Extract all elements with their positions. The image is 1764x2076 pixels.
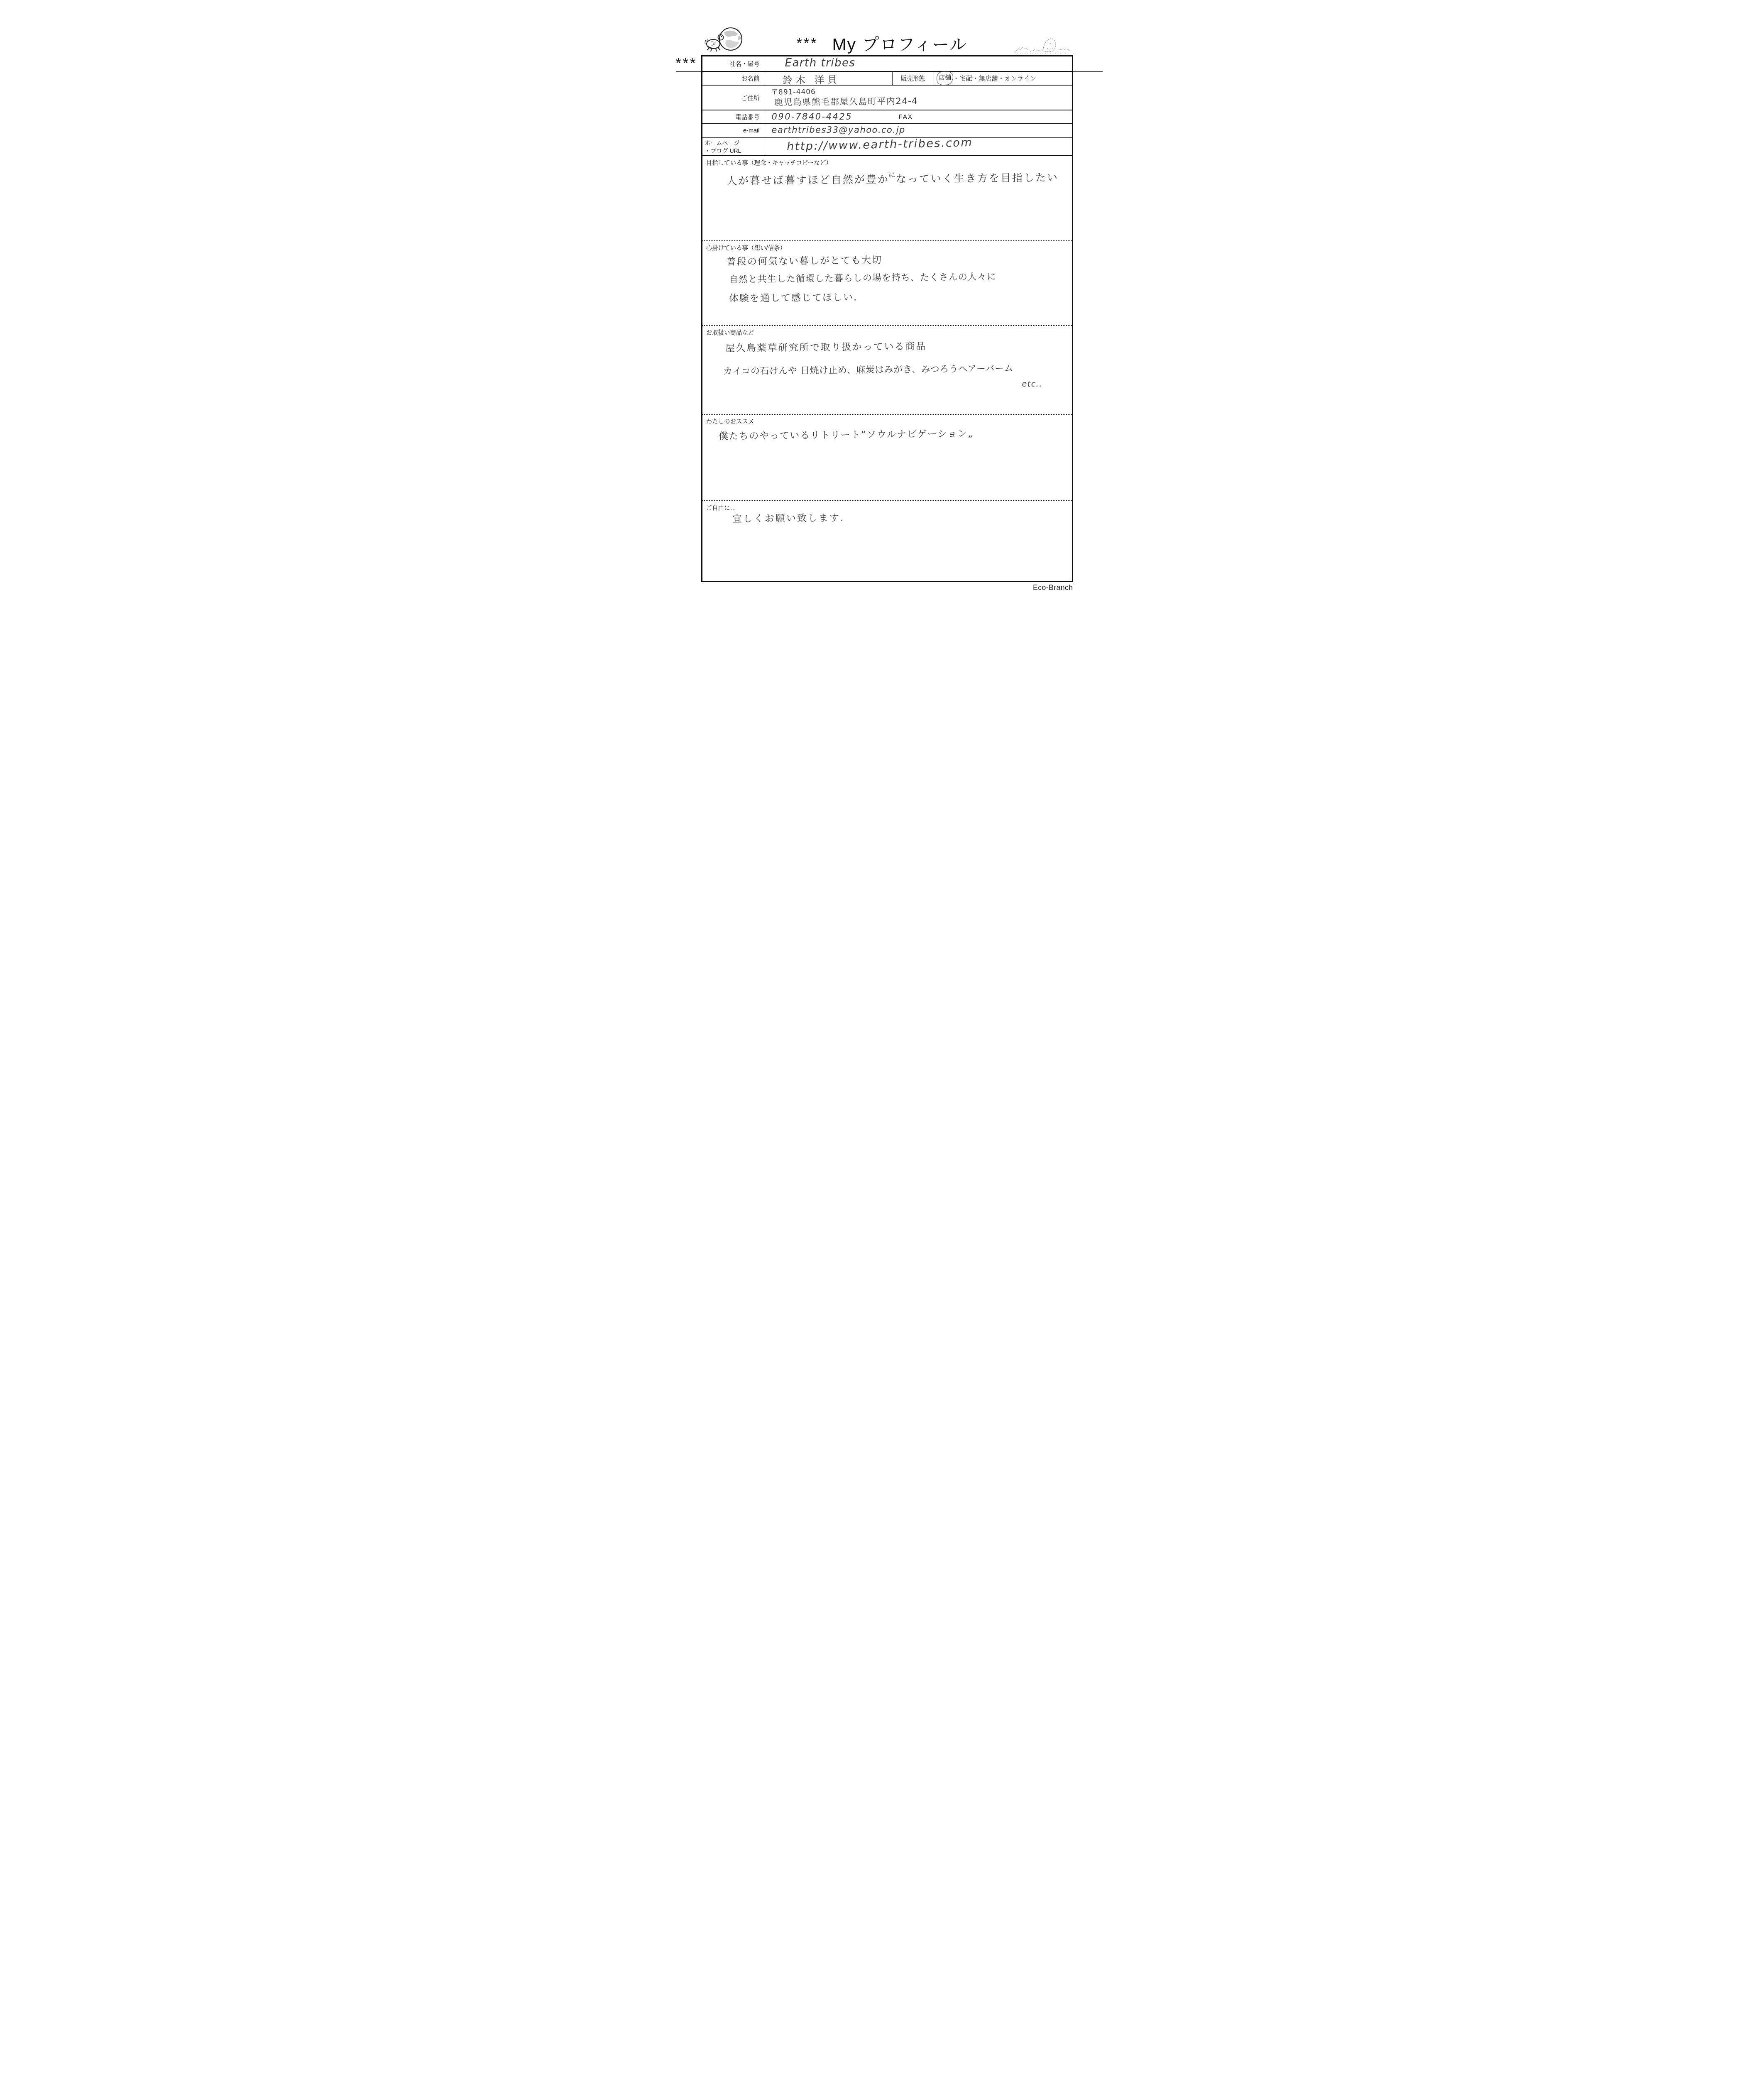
section-products: お取扱い商品など 屋久島薬草研究所で取り扱かっている商品 カイコの石けんや 日焼…: [702, 326, 1072, 415]
website-label-line1: ホームページ: [705, 139, 740, 147]
mindset-line2: 自然と共生した循環した暮らしの場を持ち、たくさんの人々に: [729, 270, 996, 286]
section-free: ご自由に… 宜しくお願い致します.: [702, 501, 1072, 581]
company-label: 社名・屋号: [702, 56, 765, 71]
recommend-heading: わたしのおススメ: [706, 417, 1068, 426]
website-label-line2: ・ブログ URL: [705, 147, 741, 154]
phone-label: 電話番号: [702, 110, 765, 123]
row-email: e-mail earthtribes33@yahoo.co.jp: [702, 124, 1072, 138]
address-label: ご住所: [702, 86, 765, 110]
postal-code-value: 〒891-4406: [771, 86, 815, 96]
company-value-cell: Earth tribes: [765, 56, 1072, 71]
title-text: My プロフィール: [832, 35, 967, 54]
sales-type-label: 販売形態: [892, 72, 934, 85]
products-line2: カイコの石けんや 日焼け止め、麻炭はみがき、みつろうヘアーバーム: [723, 361, 1013, 377]
fax-label: FAX: [899, 113, 913, 120]
email-value-cell: earthtribes33@yahoo.co.jp: [765, 124, 1072, 137]
row-phone: 電話番号 090-7840-4425 FAX: [702, 110, 1072, 124]
landscape-sketch-icon: [1015, 36, 1072, 57]
goal-text: 人が暮せば暮すほど自然が豊かになっていく生き方を目指したい: [726, 169, 1058, 188]
name-label: お名前: [702, 72, 765, 85]
row-website: ホームページ ・ブログ URL http://www.earth-tribes.…: [702, 138, 1072, 156]
goal-heading: 目指している事（理念・キャッチコピーなど）: [706, 158, 1068, 167]
goal-text-after: なっていく生き方を目指したい: [895, 171, 1058, 185]
scanned-profile-form: ***My プロフィール*** 社名・屋号 Earth tribes お名前 鈴…: [662, 0, 1103, 623]
mindset-heading: 心掛けている事（想い/信条）: [706, 243, 1068, 252]
company-value: Earth tribes: [785, 57, 856, 69]
email-label: e-mail: [702, 124, 765, 137]
phone-value: 090-7840-4425: [772, 112, 853, 122]
title-asterisks-left: ***: [797, 35, 818, 51]
products-line1: 屋久島薬草研究所で取り扱かっている商品: [725, 338, 926, 354]
phone-value-cell: 090-7840-4425 FAX: [765, 110, 1072, 123]
name-value: 鈴木 洋貝: [782, 71, 840, 86]
goal-text-before: 人が暮せば暮すほど自然が豊か: [726, 173, 889, 187]
sales-options-rest: ・宅配・無店舗・オンライン: [953, 74, 1037, 83]
products-line3: etc..: [1022, 379, 1042, 389]
website-value-cell: http://www.earth-tribes.com: [765, 138, 1072, 155]
website-value: http://www.earth-tribes.com: [786, 136, 973, 153]
section-recommend: わたしのおススメ 僕たちのやっているリトリート“ソウルナビゲーション„: [702, 415, 1072, 501]
products-heading: お取扱い商品など: [706, 328, 1068, 337]
sales-option-circled: 店舗: [936, 71, 953, 85]
address-value-cell: 〒891-4406 鹿児島県熊毛郡屋久島町平内24-4: [765, 86, 1072, 110]
address-value: 鹿児島県熊毛郡屋久島町平内24-4: [774, 94, 917, 108]
sales-type-options: 店舗・宅配・無店舗・オンライン: [934, 72, 1072, 85]
mindset-line3: 体験を通して感じてほしい.: [729, 289, 857, 304]
footer-brand: Eco-Branch: [1033, 583, 1073, 592]
section-goal: 目指している事（理念・キャッチコピーなど） 人が暮せば暮すほど自然が豊かになって…: [702, 156, 1072, 241]
section-mindset: 心掛けている事（想い/信条） 普段の何気ない暮しがとても大切 自然と共生した循環…: [702, 241, 1072, 326]
row-name-sales: お名前 鈴木 洋貝 販売形態 店舗・宅配・無店舗・オンライン: [702, 72, 1072, 86]
mindset-line1: 普段の何気ない暮しがとても大切: [726, 252, 882, 268]
website-label: ホームページ ・ブログ URL: [702, 138, 765, 155]
goal-inserted-char: に: [888, 171, 896, 179]
free-line1: 宜しくお願い致します.: [732, 510, 844, 525]
name-value-cell: 鈴木 洋貝: [765, 72, 892, 85]
profile-table: 社名・屋号 Earth tribes お名前 鈴木 洋貝 販売形態 店舗・宅配・…: [701, 55, 1073, 582]
row-address: ご住所 〒891-4406 鹿児島県熊毛郡屋久島町平内24-4: [702, 86, 1072, 110]
recommend-line1: 僕たちのやっているリトリート“ソウルナビゲーション„: [718, 426, 973, 442]
row-company: 社名・屋号 Earth tribes: [702, 56, 1072, 72]
email-value: earthtribes33@yahoo.co.jp: [772, 125, 905, 135]
